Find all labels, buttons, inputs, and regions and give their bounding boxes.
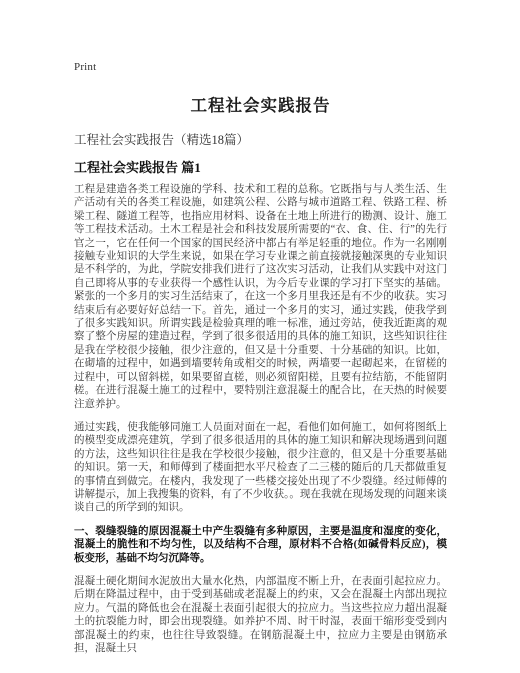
paragraph-3-bold: 一、裂缝裂缝的原因混凝土中产生裂缝有多种原因，主要是温度和湿度的变化，混凝土的脆… xyxy=(74,525,447,565)
paragraph-1: 工程是建造各类工程设施的学科、技术和工程的总称。它既指与与人类生活、生产活动有关… xyxy=(74,183,447,411)
page-title: 工程社会实践报告 xyxy=(74,92,447,116)
paragraph-4: 混凝土硬化期间水泥放出大量水化热，内部温度不断上升，在表面引起拉应力。后期在降温… xyxy=(74,575,447,655)
article-subtitle: 工程社会实践报告（精选18篇） xyxy=(74,130,447,148)
paragraph-2: 通过实践，使我能够同施工人员面对面在一起，看他们如何施工，如何将图纸上的模型变成… xyxy=(74,421,447,515)
section-heading: 工程社会实践报告 篇1 xyxy=(74,157,447,176)
document-page: Print 工程社会实践报告 工程社会实践报告（精选18篇） 工程社会实践报告 … xyxy=(0,0,520,673)
print-link[interactable]: Print xyxy=(74,61,96,73)
